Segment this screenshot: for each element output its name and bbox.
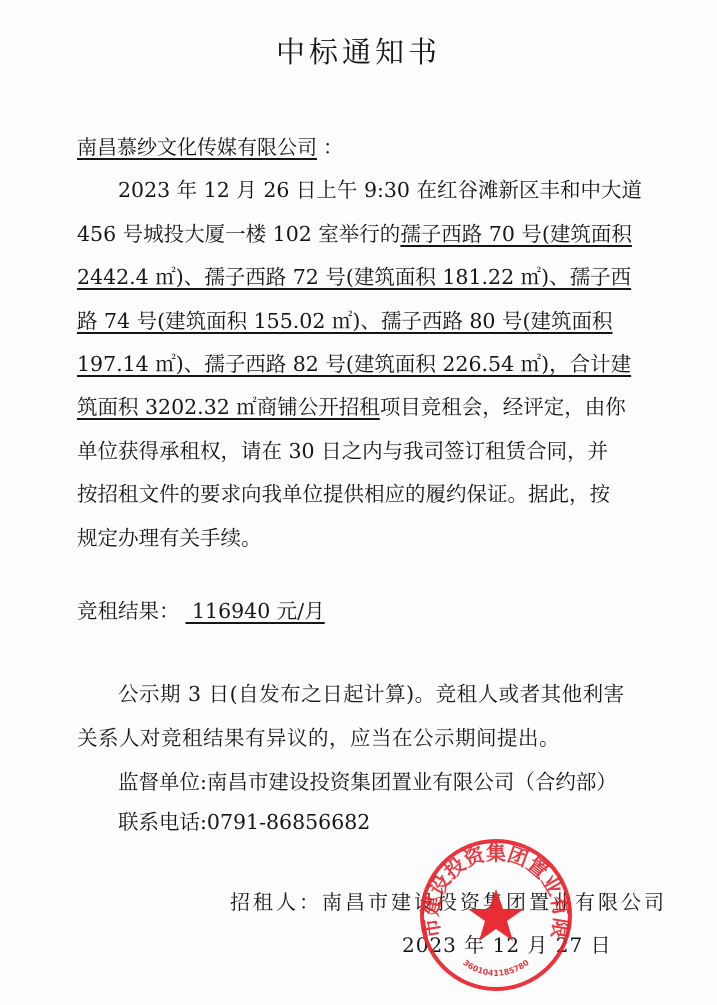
company-seal-icon: 南昌市建设投资集团置业有限公司 3601041185780 — [418, 837, 574, 993]
svg-text:3601041185780: 3601041185780 — [461, 958, 531, 978]
result-value: 116940 元/月 — [186, 599, 325, 623]
body-text: 456 号城投大厦一楼 102 室举行的 — [77, 222, 400, 246]
recipient-colon: ： — [323, 135, 343, 159]
document-page: 中标通知书 南昌慕纱文化传媒有限公司： 2023 年 12 月 26 日上午 9… — [0, 0, 717, 1005]
body-line: 按招租文件的要求向我单位提供相应的履约保证。据此，按 — [77, 480, 610, 508]
body-line: 197.14 ㎡)、孺子西路 82 号(建筑面积 226.54 ㎡)，合计建 — [77, 350, 631, 378]
underlined-text: 孺子西路 70 号(建筑面积 — [400, 222, 632, 246]
document-title: 中标通知书 — [0, 30, 717, 71]
supervisor-line: 监督单位:南昌市建设投资集团置业有限公司（合约部） — [118, 768, 617, 796]
body-line: 2442.4 ㎡)、孺子西路 72 号(建筑面积 181.22 ㎡)、孺子西 — [77, 263, 631, 291]
recipient-line: 南昌慕纱文化传媒有限公司： — [77, 133, 343, 161]
body-text: 2023 年 12 月 26 日上午 9:30 在红谷滩新区丰和中大道 — [118, 178, 642, 202]
underlined-text: 路 74 号(建筑面积 155.02 ㎡)、孺子西路 80 号(建筑面积 — [77, 309, 613, 333]
body-line: 筑面积 3202.32 ㎡商铺公开招租项目竞租会，经评定，由你 — [77, 393, 626, 421]
body-text: 按招租文件的要求向我单位提供相应的履约保证。据此，按 — [77, 482, 610, 506]
underlined-text: 197.14 ㎡)、孺子西路 82 号(建筑面积 226.54 ㎡)，合计建 — [77, 352, 631, 376]
body-line: 2023 年 12 月 26 日上午 9:30 在红谷滩新区丰和中大道 — [118, 176, 642, 204]
notice-line-2: 关系人对竞租结果有异议的，应当在公示期间提出。 — [77, 724, 560, 752]
underlined-text: 2442.4 ㎡)、孺子西路 72 号(建筑面积 181.22 ㎡)、孺子西 — [77, 265, 631, 289]
body-line: 路 74 号(建筑面积 155.02 ㎡)、孺子西路 80 号(建筑面积 — [77, 307, 613, 335]
body-line: 456 号城投大厦一楼 102 室举行的孺子西路 70 号(建筑面积 — [77, 220, 632, 248]
phone-line: 联系电话:0791-86856682 — [118, 808, 370, 836]
notice-line-1: 公示期 3 日(自发布之日起计算)。竞租人或者其他利害 — [118, 680, 625, 708]
underlined-text: 筑面积 3202.32 ㎡商铺公开招租 — [77, 395, 380, 419]
body-text: 规定办理有关手续。 — [77, 526, 262, 550]
result-line: 竞租结果： 116940 元/月 — [77, 597, 325, 625]
recipient-name: 南昌慕纱文化传媒有限公司 — [77, 135, 317, 159]
body-line: 单位获得承租权，请在 30 日之内与我司签订租赁合同，并 — [77, 437, 608, 465]
body-text: 单位获得承租权，请在 30 日之内与我司签订租赁合同，并 — [77, 439, 608, 463]
body-text: 项目竞租会，经评定，由你 — [380, 395, 626, 419]
body-line: 规定办理有关手续。 — [77, 524, 262, 552]
result-label: 竞租结果： — [77, 599, 180, 623]
